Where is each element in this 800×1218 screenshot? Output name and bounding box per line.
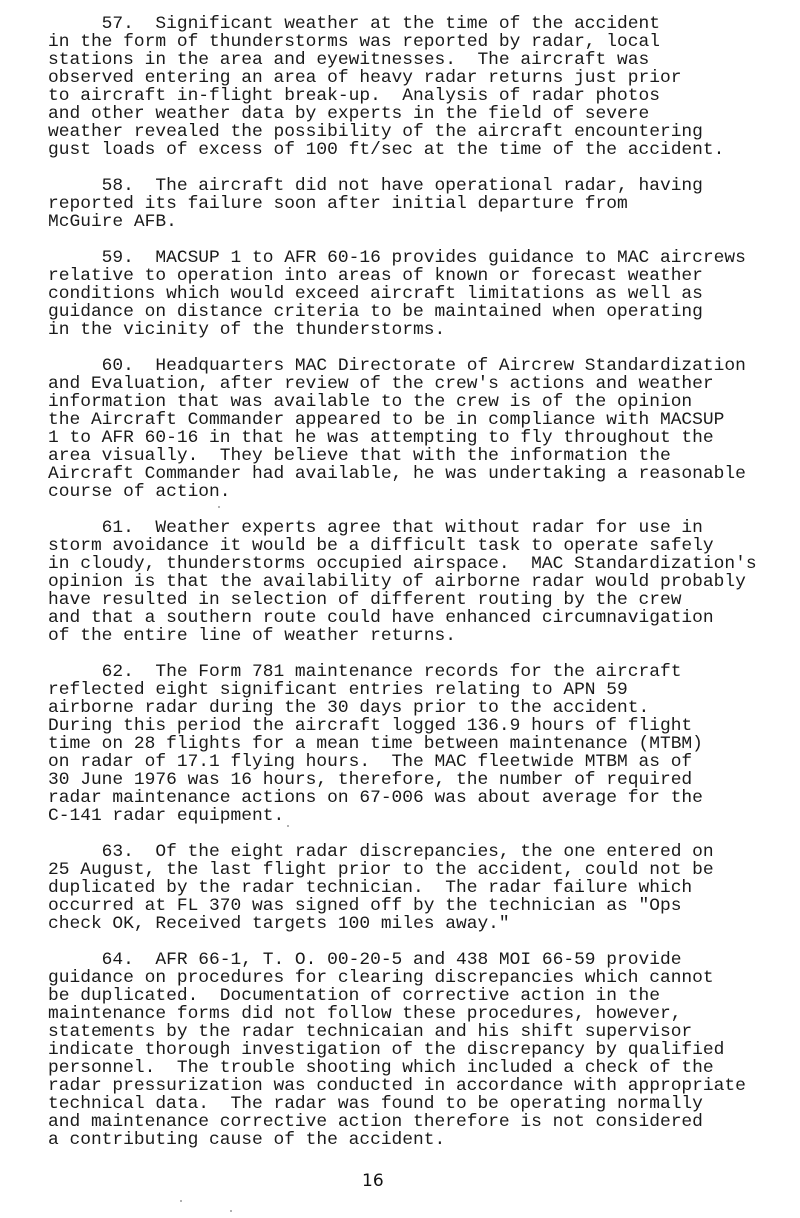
text-line: in the vicinity of the thunderstorms. [48, 321, 788, 339]
text-line: 57. Significant weather at the time of t… [48, 15, 788, 33]
text-line: 64. AFR 66-1, T. O. 00-20-5 and 438 MOI … [48, 951, 788, 969]
text-line: 62. The Form 781 maintenance records for… [48, 663, 788, 681]
text-line: observed entering an area of heavy radar… [48, 69, 788, 87]
text-line: radar pressurization was conducted in ac… [48, 1077, 788, 1095]
paragraph-59: 59. MACSUP 1 to AFR 60-16 provides guida… [48, 249, 788, 339]
text-line: reflected eight significant entries rela… [48, 681, 788, 699]
text-line: course of action. [48, 483, 788, 501]
paragraph-61: 61. Weather experts agree that without r… [48, 519, 788, 645]
text-line: 1 to AFR 60-16 in that he was attempting… [48, 429, 788, 447]
paragraph-60: 60. Headquarters MAC Directorate of Airc… [48, 357, 788, 501]
paragraph-64: 64. AFR 66-1, T. O. 00-20-5 and 438 MOI … [48, 951, 788, 1149]
text-line: to aircraft in-flight break-up. Analysis… [48, 87, 788, 105]
text-line: opinion is that the availability of airb… [48, 573, 788, 591]
text-line: personnel. The trouble shooting which in… [48, 1059, 788, 1077]
text-line: 63. Of the eight radar discrepancies, th… [48, 843, 788, 861]
text-line: gust loads of excess of 100 ft/sec at th… [48, 141, 788, 159]
text-line: During this period the aircraft logged 1… [48, 717, 788, 735]
text-line: storm avoidance it would be a difficult … [48, 537, 788, 555]
text-line: of the entire line of weather returns. [48, 627, 788, 645]
text-line: duplicated by the radar technician. The … [48, 879, 788, 897]
page-number: 16 [362, 1171, 384, 1191]
text-line: area visually. They believe that with th… [48, 447, 788, 465]
text-line: have resulted in selection of different … [48, 591, 788, 609]
text-line: and that a southern route could have enh… [48, 609, 788, 627]
text-line: indicate thorough investigation of the d… [48, 1041, 788, 1059]
text-line: in the form of thunderstorms was reporte… [48, 33, 788, 51]
text-line: airborne radar during the 30 days prior … [48, 699, 788, 717]
text-line: and Evaluation, after review of the crew… [48, 375, 788, 393]
text-line: stations in the area and eyewitnesses. T… [48, 51, 788, 69]
text-line: 58. The aircraft did not have operationa… [48, 177, 788, 195]
text-line: McGuire AFB. [48, 213, 788, 231]
text-line: 30 June 1976 was 16 hours, therefore, th… [48, 771, 788, 789]
text-line: maintenance forms did not follow these p… [48, 1005, 788, 1023]
text-line: Aircraft Commander had available, he was… [48, 465, 788, 483]
text-line: occurred at FL 370 was signed off by the… [48, 897, 788, 915]
text-line: and maintenance corrective action theref… [48, 1113, 788, 1131]
text-line: and other weather data by experts in the… [48, 105, 788, 123]
text-line: the Aircraft Commander appeared to be in… [48, 411, 788, 429]
paragraph-63: 63. Of the eight radar discrepancies, th… [48, 843, 788, 933]
text-line: statements by the radar technicaian and … [48, 1023, 788, 1041]
text-line: relative to operation into areas of know… [48, 267, 788, 285]
scan-speck [287, 825, 289, 827]
scan-speck [218, 506, 220, 508]
text-line: on radar of 17.1 flying hours. The MAC f… [48, 753, 788, 771]
paragraph-58: 58. The aircraft did not have operationa… [48, 177, 788, 231]
text-line: guidance on distance criteria to be main… [48, 303, 788, 321]
text-line: check OK, Received targets 100 miles awa… [48, 915, 788, 933]
text-line: technical data. The radar was found to b… [48, 1095, 788, 1113]
text-line: 61. Weather experts agree that without r… [48, 519, 788, 537]
document-page: 57. Significant weather at the time of t… [48, 15, 788, 1167]
text-line: reported its failure soon after initial … [48, 195, 788, 213]
text-line: 25 August, the last flight prior to the … [48, 861, 788, 879]
text-line: a contributing cause of the accident. [48, 1131, 788, 1149]
text-line: 59. MACSUP 1 to AFR 60-16 provides guida… [48, 249, 788, 267]
text-line: in cloudy, thunderstorms occupied airspa… [48, 555, 788, 573]
scan-speck [230, 1210, 232, 1212]
text-line: information that was available to the cr… [48, 393, 788, 411]
text-line: radar maintenance actions on 67-006 was … [48, 789, 788, 807]
scan-speck [180, 1200, 182, 1202]
text-line: conditions which would exceed aircraft l… [48, 285, 788, 303]
text-line: guidance on procedures for clearing disc… [48, 969, 788, 987]
text-line: weather revealed the possibility of the … [48, 123, 788, 141]
text-line: time on 28 flights for a mean time betwe… [48, 735, 788, 753]
paragraph-62: 62. The Form 781 maintenance records for… [48, 663, 788, 825]
text-line: C-141 radar equipment. [48, 807, 788, 825]
paragraph-57: 57. Significant weather at the time of t… [48, 15, 788, 159]
text-line: be duplicated. Documentation of correcti… [48, 987, 788, 1005]
text-line: 60. Headquarters MAC Directorate of Airc… [48, 357, 788, 375]
